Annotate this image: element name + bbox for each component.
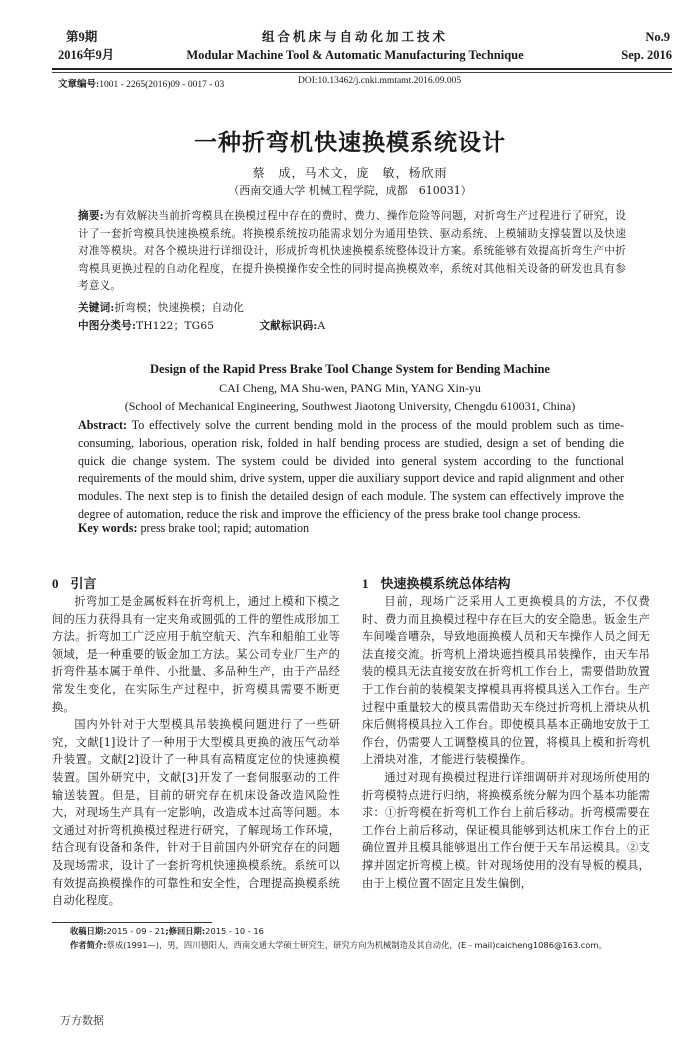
section-body-1: 目前，现场广泛采用人工更换模具的方法，不仅费时、费力而且换模过程中存在巨大的安全… bbox=[362, 593, 650, 892]
journal-title-en: Modular Machine Tool & Automatic Manufac… bbox=[160, 46, 550, 64]
header-rule bbox=[52, 68, 672, 70]
section-heading-1: 1快速换模系统总体结构 bbox=[362, 573, 511, 592]
abstract-en-label: Abstract bbox=[78, 418, 123, 432]
keywords-cn-label: 关键词 bbox=[78, 302, 110, 314]
authors-en: CAI Cheng, MA Shu-wen, PANG Min, YANG Xi… bbox=[0, 381, 700, 396]
header-left: 第9期 2016年9月 bbox=[58, 28, 114, 64]
journal-title: 组合机床与自动化加工技术 Modular Machine Tool & Auto… bbox=[160, 28, 550, 64]
date-cn: 2016年9月 bbox=[58, 46, 114, 64]
doi: DOI:10.13462/j.cnki.mmtamt.2016.09.005 bbox=[298, 76, 461, 86]
footnote-rule bbox=[52, 922, 212, 923]
paragraph: 折弯加工是金属板料在折弯机上，通过上模和下模之间的压力获得具有一定夹角或圆弧的工… bbox=[52, 593, 340, 716]
doc-code-label: 文献标识码 bbox=[259, 320, 313, 332]
section-body-0: 折弯加工是金属板料在折弯机上，通过上模和下模之间的压力获得具有一定夹角或圆弧的工… bbox=[52, 593, 340, 910]
doc-code-value: A bbox=[317, 320, 325, 332]
paper-title-en: Design of the Rapid Press Brake Tool Cha… bbox=[0, 362, 700, 377]
article-number-value: 1001 - 2265(2016)09 - 0017 - 03 bbox=[99, 80, 224, 90]
keywords-cn-text: 折弯模；快速换模；自动化 bbox=[115, 302, 245, 314]
received-date: 2015 - 09 - 21 bbox=[107, 926, 166, 936]
header-right: No.9 Sep. 2016 bbox=[621, 28, 672, 64]
keywords-cn: 关键词:折弯模；快速换模；自动化 bbox=[78, 300, 626, 318]
abstract-en-text: To effectively solve the current bending… bbox=[78, 418, 624, 521]
clc-label: 中图分类号 bbox=[78, 320, 132, 332]
header-rule-thin bbox=[52, 72, 672, 73]
revised-date: 2015 - 10 - 16 bbox=[205, 926, 264, 936]
author-bio: 蔡成(1991—)，男，四川德阳人，西南交通大学硕士研究生，研究方向为机械制造及… bbox=[107, 940, 607, 950]
affiliation-en: (School of Mechanical Engineering, South… bbox=[0, 399, 700, 414]
date-en: Sep. 2016 bbox=[621, 46, 672, 64]
paper-title-cn: 一种折弯机快速换模系统设计 bbox=[0, 124, 700, 157]
journal-title-cn: 组合机床与自动化加工技术 bbox=[160, 28, 550, 46]
issue-en: No.9 bbox=[621, 28, 672, 46]
keywords-en-text: press brake tool; rapid; automation bbox=[141, 521, 310, 535]
footnote-dates: 收稿日期:2015 - 09 - 21;修回日期:2015 - 10 - 16 bbox=[70, 924, 670, 938]
authors-cn: 蔡 成，马术文，庞 敏，杨欣雨 bbox=[0, 164, 700, 181]
paragraph: 国内外针对于大型模具吊装换模问题进行了一些研究，文献[1]设计了一种用于大型模具… bbox=[52, 716, 340, 910]
paragraph: 通过对现有换模过程进行详细调研并对现场所使用的折弯模特点进行归纳，将换模系统分解… bbox=[362, 769, 650, 892]
footnote-author-bio: 作者简介:蔡成(1991—)，男，四川德阳人，西南交通大学硕士研究生，研究方向为… bbox=[70, 938, 680, 952]
classification: 中图分类号:TH122；TG65 文献标识码:A bbox=[78, 318, 626, 336]
paragraph: 目前，现场广泛采用人工更换模具的方法，不仅费时、费力而且换模过程中存在巨大的安全… bbox=[362, 593, 650, 769]
section-heading-0: 0引言 bbox=[52, 573, 97, 592]
keywords-en: Key words: press brake tool; rapid; auto… bbox=[78, 520, 624, 538]
abstract-cn: 摘要:为有效解决当前折弯模具在换模过程中存在的费时、费力、操作危险等问题，对折弯… bbox=[78, 208, 626, 296]
doi-value: 10.13462/j.cnki.mmtamt.2016.09.005 bbox=[318, 76, 462, 86]
abstract-cn-label: 摘要 bbox=[78, 210, 100, 222]
article-number-label: 文章编号 bbox=[58, 80, 96, 90]
affiliation-cn: （西南交通大学 机械工程学院，成都 610031） bbox=[0, 182, 700, 198]
article-number: 文章编号:1001 - 2265(2016)09 - 0017 - 03 bbox=[58, 76, 224, 90]
keywords-en-label: Key words bbox=[78, 521, 133, 535]
abstract-en: Abstract: To effectively solve the curre… bbox=[78, 417, 624, 524]
watermark-wanfang: 万方数据 bbox=[60, 1012, 104, 1028]
issue-cn: 第9期 bbox=[58, 28, 114, 46]
clc-value: TH122；TG65 bbox=[136, 320, 214, 332]
abstract-cn-text: 为有效解决当前折弯模具在换模过程中存在的费时、费力、操作危险等问题，对折弯生产过… bbox=[78, 210, 626, 292]
